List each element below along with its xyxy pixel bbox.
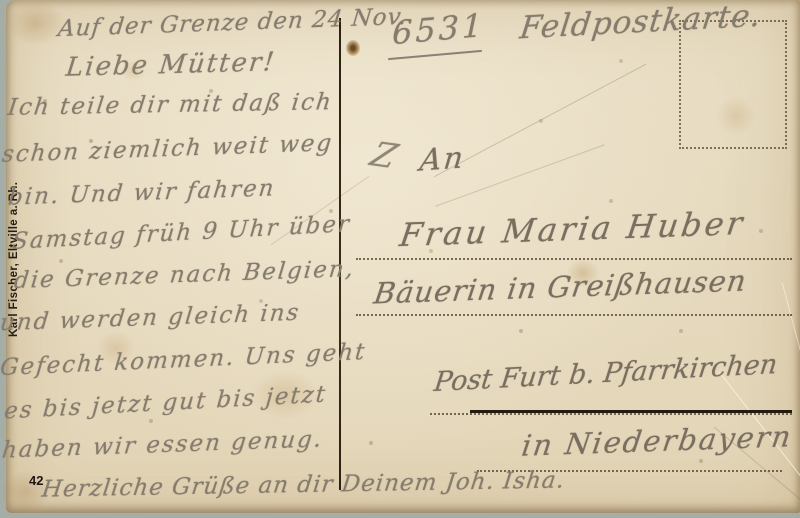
handwritten-underline (470, 410, 792, 413)
postcard-scan: Karl Fischer, Eltville a. Rh. 42 6531 Fe… (0, 0, 800, 518)
address-rule-1 (356, 258, 792, 260)
address-rule-2 (356, 314, 792, 316)
stain (346, 40, 360, 56)
stamp-box (679, 20, 787, 149)
address-intro: An (418, 140, 467, 178)
address-rule-3 (430, 413, 792, 415)
paper-specks (0, 0, 2, 2)
print-number: 42 (29, 473, 43, 488)
center-divider-line (339, 18, 341, 490)
message-line: Liebe Mütter! (64, 47, 277, 83)
